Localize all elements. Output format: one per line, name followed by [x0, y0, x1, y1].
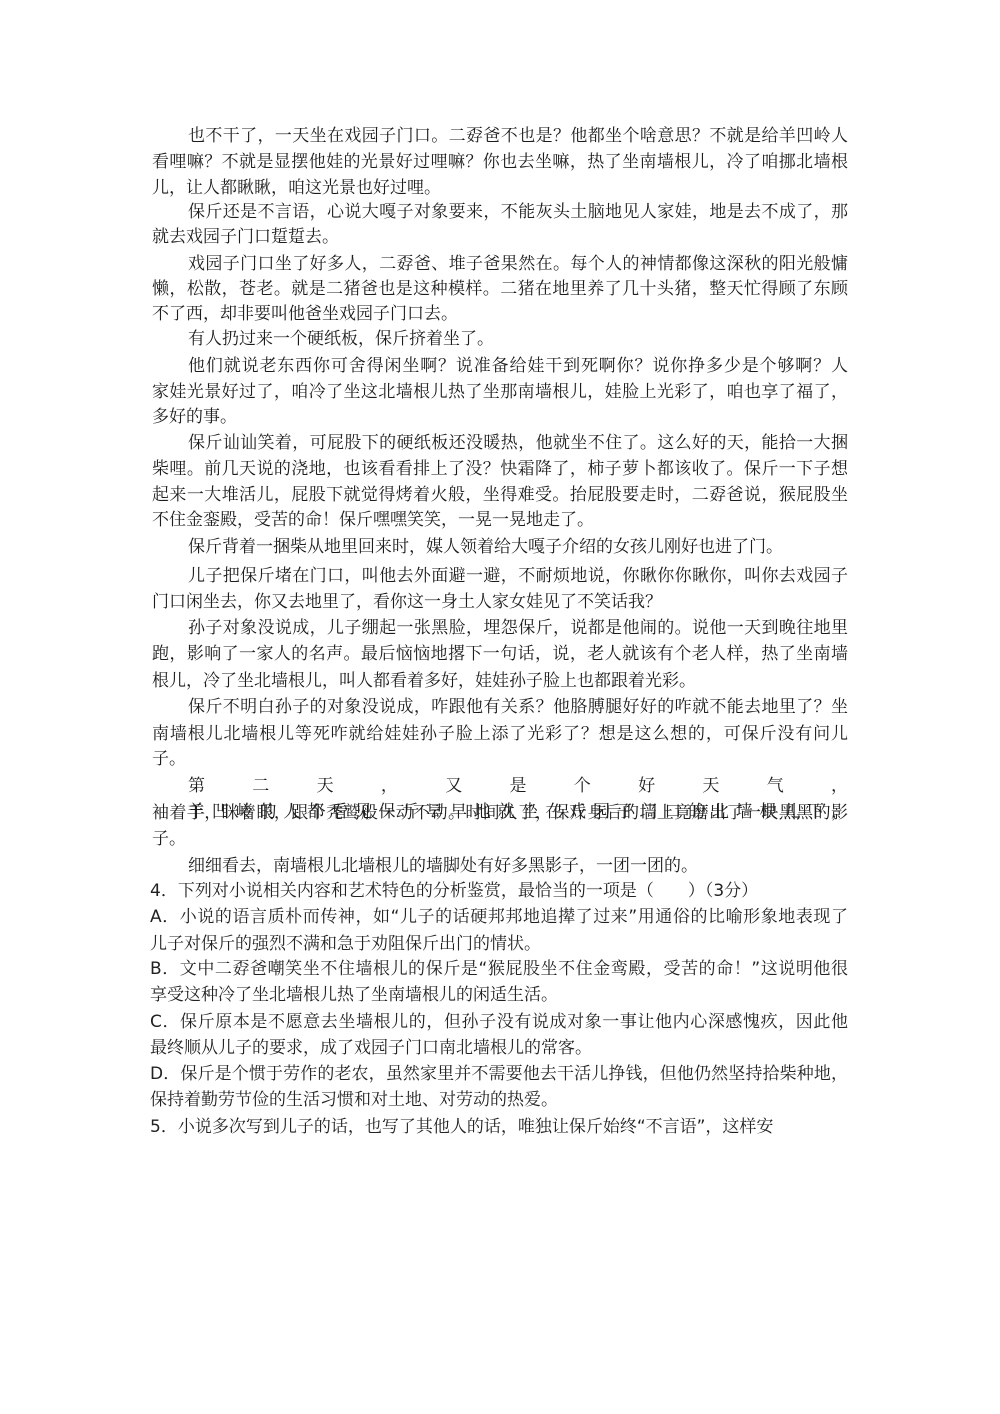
option-b-line: 享受这种冷了坐北墙根儿热了坐南墙根儿的闲适生活。: [150, 982, 848, 1008]
option-a-line: 儿子对保斤的强烈不满和急于劝阻保斤出门的情状。: [150, 931, 848, 957]
option-c-line: 最终顺从儿子的要求，成了戏园子门口南北墙根儿的常客。: [150, 1035, 848, 1061]
passage-line: 根儿，冷了坐北墙根儿，叫人都看着多好，娃娃孙子脸上也都跟着光彩。: [152, 668, 848, 694]
question-5-stem: 5．小说多次写到儿子的话，也写了其他人的话，唯独让保斤始终“不言语”，这样安: [150, 1114, 848, 1140]
passage-line: 门口闲坐去，你又去地里了，看你这一身土人家女娃见了不笑话我？: [152, 589, 848, 615]
passage-line: 孙子对象没说成，儿子绷起一张黑脸，埋怨保斤，说都是他闹的。说他一天到晚往地里: [188, 615, 848, 641]
passage-line: 南墙根儿北墙根儿等死咋就给娃娃孙子脸上添了光彩了？想是这么想的，可保斤没有问儿: [152, 721, 848, 747]
passage-line: 保斤不明白孙子的对象没说成，咋跟他有关系？他胳膊腿好好的咋就不能去地里了？坐: [188, 694, 848, 720]
passage-line: 保斤还是不言语，心说大嘎子对象要来，不能灰头土脑地见人家娃，地是去不成了，那: [188, 199, 848, 225]
passage-line: 子。: [152, 746, 848, 772]
option-a-line: A．小说的语言质朴而传神，如“儿子的话硬邦邦地追撵了过来”用通俗的比喻形象地表现…: [150, 904, 848, 930]
passage-line: 儿，让人都瞅瞅，咱这光景也好过哩。: [152, 175, 848, 201]
passage-line: 也不干了，一天坐在戏园子门口。二孬爸不也是？他都坐个啥意思？不就是给羊凹岭人: [188, 123, 848, 149]
passage-line: 家娃光景好过了，咱冷了坐这北墙根儿热了坐那南墙根儿，娃脸上光彩了，咱也享了福了，: [152, 379, 848, 405]
passage-line: 他们就说老东西你可舍得闲坐啊？说准备给娃干到死啊你？说你挣多少是个够啊？人: [188, 353, 848, 379]
passage-line: 保斤背着一捆柴从地里回来时，媒人领着给大嘎子介绍的女孩儿刚好也进了门。: [188, 534, 848, 560]
passage-line: 保斤讪讪笑着，可屁股下的硬纸板还没暖热，他就坐不住了。这么好的天，能拾一大捆: [188, 430, 848, 456]
option-d-line: 保持着勤劳节俭的生活习惯和对土地、对劳动的热爱。: [150, 1087, 848, 1113]
exam-page: 也不干了，一天坐在戏园子门口。二孬爸不也是？他都坐个啥意思？不就是给羊凹岭人 看…: [0, 0, 1000, 1414]
passage-line: 看哩嘛？不就是显摆他娃的光景好过哩嘛？你也去坐嘛，热了坐南墙根儿，冷了咱挪北墙根: [152, 149, 848, 175]
passage-line: 不了西，却非要叫他爸坐戏园子门口去。: [152, 301, 848, 327]
option-d-line: D．保斤是个惯于劳作的老农，虽然家里并不需要他去干活儿挣钱，但他仍然坚持拾柴种地…: [150, 1061, 848, 1087]
passage-line: 儿子把保斤堵在门口，叫他去外面避一避，不耐烦地说，你瞅你你瞅你，叫你去戏园子: [188, 563, 848, 589]
passage-line: 多好的事。: [152, 404, 848, 430]
passage-line: 细细看去，南墙根儿北墙根儿的墙脚处有好多黑影子，一团一团的。: [188, 853, 848, 879]
passage-line: 就去戏园子门口踅踅去。: [152, 224, 848, 250]
passage-line: 懒，松散，苍老。就是二猪爸也是这种模样。二猪在地里养了几十头猪，整天忙得顾了东顾: [152, 276, 848, 302]
passage-line: 不住金銮殿，受苦的命！保斤嘿嘿笑笑，一晃一晃地走了。: [152, 507, 848, 533]
passage-line: 子。: [152, 826, 848, 852]
option-c-line: C．保斤原本是不愿意去坐墙根儿的，但孙子没有说成对象一事让他内心深感愧疚，因此他: [150, 1009, 848, 1035]
passage-line: 戏园子门口坐了好多人，二孬爸、堆子爸果然在。每个人的神情都像这深秋的阳光般慵: [188, 251, 848, 277]
option-b-line: B．文中二孬爸嘲笑坐不住墙根儿的保斤是“猴屁股坐不住金鸾殿，受苦的命！”这说明他…: [150, 956, 848, 982]
question-4-stem: 4．下列对小说相关内容和艺术特色的分析鉴赏，最恰当的一项是（ ）（3分）: [150, 878, 848, 904]
passage-line: 起来一大堆活儿，屁股下就觉得烤着火般，坐得难受。抬屁股要走时，二孬爸说，猴屁股坐: [152, 482, 848, 508]
passage-line: 袖着手，眯着眼，跟个秃鹫般一动不动。时间久了，保斤身后的墙上竟磨出了一块黑黑的影: [152, 800, 848, 826]
passage-line: 第二天，又是个好天气，羊凹岭的人都看见保斤早早地就坐在戏园子门口的北墙根儿下，: [188, 773, 848, 799]
passage-line: 有人扔过来一个硬纸板，保斤挤着坐了。: [188, 326, 848, 352]
passage-line: 跑，影响了一家人的名声。最后恼恼地撂下一句话，说，老人就该有个老人样，热了坐南墙: [152, 641, 848, 667]
passage-line: 柴哩。前几天说的浇地，也该看看排上了没？快霜降了，柿子萝卜都该收了。保斤一下子想: [152, 456, 848, 482]
